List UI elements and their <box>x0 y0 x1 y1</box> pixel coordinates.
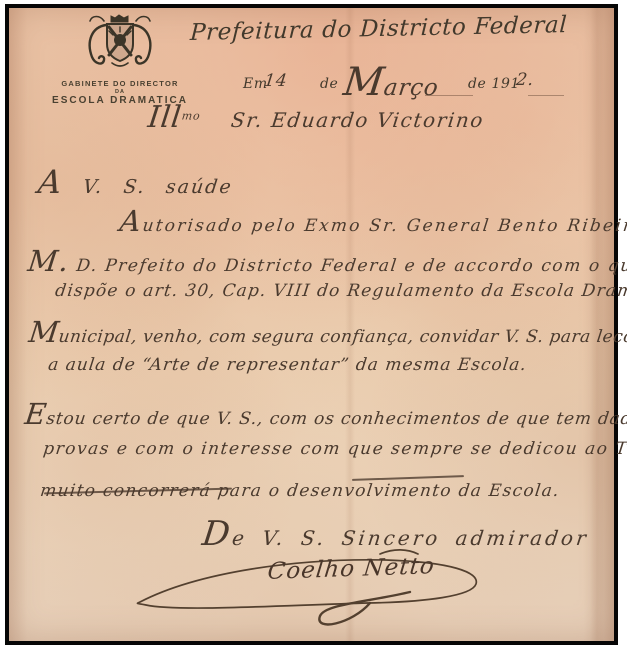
form-rule <box>425 95 473 96</box>
coat-of-arms-icon <box>76 13 164 71</box>
date-year-digit: 2. <box>515 70 535 90</box>
body-line: Estou certo de que V. S., com os conheci… <box>23 397 627 431</box>
body-line: dispõe o art. 30, Cap. VIII do Regulamen… <box>54 281 627 301</box>
body-line: Municipal, venho, com segura confiança, … <box>27 315 627 349</box>
addressee-honorific-sup: mo <box>181 109 201 122</box>
body-line: provas e com o interesse com que sempre … <box>42 439 627 459</box>
date-printed-de: de <box>320 76 338 92</box>
form-rule <box>528 95 564 96</box>
date-day: 14 <box>263 71 289 91</box>
body-line: a aula de “Arte de representar” da mesma… <box>47 355 528 375</box>
letter-photo: GABINETE DO DIRECTOR DA ESCOLA DRAMATICA… <box>0 0 627 651</box>
addressee-name: Sr. Eduardo Victorino <box>230 108 486 132</box>
body-line: Autorisado pelo Exmo Sr. General Bento R… <box>118 204 627 238</box>
addressee-line: Illmo Sr. Eduardo Victorino <box>146 100 487 135</box>
date-month: Março <box>341 60 442 105</box>
salutation-line: A V. S. saúde <box>36 163 236 201</box>
addressee-honorific: Ill <box>146 100 184 135</box>
office-line-1: GABINETE DO DIRECTOR <box>40 79 200 88</box>
body-line: M. D. Prefeito do Districto Federal e de… <box>26 244 627 278</box>
date-printed-year: de 191 <box>468 76 520 92</box>
